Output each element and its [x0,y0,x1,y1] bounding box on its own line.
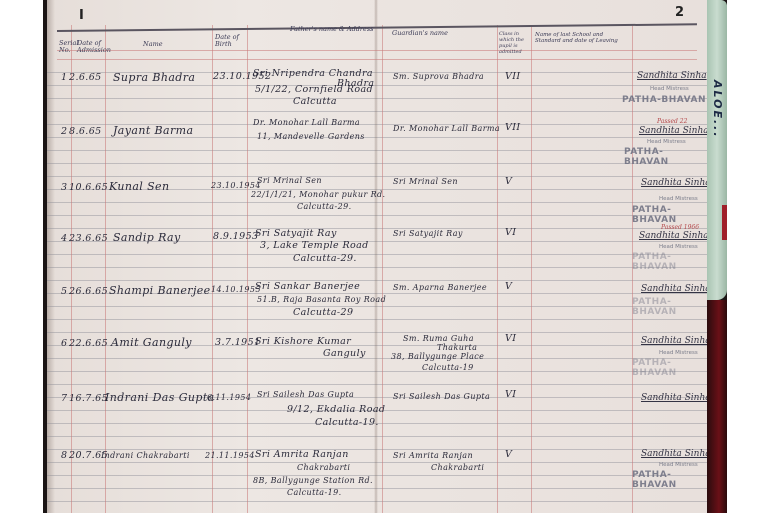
date-of-birth: 14.10.1955 [211,285,261,294]
serial-no: 5 [61,286,67,297]
serial-no: 4 [61,233,67,244]
headmistress-signature: Sandhita Sinha [641,336,707,346]
father-line: Dr. Monohar Lall Barma [253,118,360,127]
admission-date: 22.6.65 [69,338,108,349]
column-divider [247,25,248,513]
class-admitted: VII [505,71,521,82]
school-stamp: PATHA-BHAVAN [632,358,707,378]
father-line: Sri Sankar Banerjee [255,281,360,292]
headmistress-signature: Sandhita Sinha [639,231,707,241]
school-stamp: PATHA-BHAVAN [632,297,707,317]
father-line: Calcutta-19. [287,488,342,497]
guardian-name: Sri Sailesh Das Gupta [393,392,490,401]
guardian-name: Sri Satyajit Ray [393,229,463,238]
stamp-title: Head Mistress [659,196,698,202]
open-register-book: I 2 Serial No. Date of Admission Name Da… [47,0,707,513]
header-fathers-name-address: Father's name & Address [290,26,374,33]
school-stamp: PATHA-BHAVAN [632,252,707,272]
class-admitted: V [505,281,512,292]
serial-no: 6 [61,338,67,349]
guardian-line: Sm. Ruma Guha [403,334,474,343]
red-object [707,300,727,513]
right-page-number: 2 [675,5,684,20]
father-line: Calcutta-29 [293,307,353,318]
father-line: 11, Mandevelle Gardens [257,132,365,141]
father-line: Calcutta-29. [293,253,357,264]
column-divider [71,25,72,513]
father-line: Sri Satyajit Ray [255,228,337,239]
date-of-birth: 23.10.1954 [211,181,261,190]
guardian-line: Calcutta-19 [422,363,474,372]
headmistress-signature: Sandhita Sinha [641,178,707,188]
guardian-line: 38, Ballygunge Place [391,352,484,361]
stamp-title: Head Mistress [650,86,689,92]
serial-no: 8 [61,450,67,461]
father-line: 9/12, Ekdalia Road [287,404,385,415]
school-stamp: PATHA-BHAVAN [624,147,707,167]
class-admitted: VII [505,122,521,133]
header-name: Name [143,41,163,48]
ledger-photo: I 2 Serial No. Date of Admission Name Da… [43,0,727,513]
father-line: Chakrabarti [297,463,350,472]
admission-date: 2.6.65 [69,72,102,83]
headmistress-signature: Sandhita Sinha [641,284,707,294]
guardian-name: Sm. Suprova Bhadra [393,72,484,81]
father-line: Calcutta [293,96,337,107]
headmistress-signature: Sandhita Sinha [637,71,707,81]
serial-no: 3 [61,182,67,193]
serial-no: 2 [61,126,67,137]
father-line: Sri Sailesh Das Gupta [257,390,354,399]
father-line: Calcutta-29. [297,202,352,211]
stamp-title: Head Mistress [659,244,698,250]
left-page-number: I [79,8,84,23]
header-class-admitted: Class in which the pupil is admitted [499,31,529,55]
guardian-name: Dr. Monohar Lall Barma [393,124,500,133]
book-spine-fold [374,0,378,513]
father-line: Sri Amrita Ranjan [255,449,349,460]
column-divider [105,25,106,513]
header-date-of-birth: Date of Birth [215,34,245,48]
father-line: 3, Lake Temple Road [260,240,369,251]
class-admitted: V [505,449,512,460]
header-serial-no: Serial No. [59,40,79,54]
column-divider [382,25,383,513]
father-line: 5/1/22, Cornfield Road [255,84,373,95]
class-admitted: VI [505,227,516,238]
admission-date: 8.6.65 [69,126,102,137]
date-of-birth: 8.9.1953 [213,231,259,242]
father-line: Sri Kishore Kumar [255,336,351,347]
class-admitted: VI [505,333,516,344]
column-divider [497,25,498,513]
father-line: 22/1/1/21, Monohar pukur Rd. [251,190,386,199]
father-line: Calcutta-19. [315,417,379,428]
header-bottom-rule [57,59,697,60]
guardian-line: Chakrabarti [431,463,484,472]
student-name: Supra Bhadra [113,71,195,84]
father-line: Ganguly [323,348,366,359]
student-name: Kunal Sen [109,180,169,193]
headmistress-signature: Sandhita Sinha [641,393,707,403]
admission-date: 10.6.65 [69,182,108,193]
remark-note: Passed 22 [657,118,687,125]
admission-date: 23.6.65 [69,233,108,244]
student-name: Indrani Chakrabarti [101,451,190,460]
header-bottom-rule [57,50,697,51]
student-name: Indrani Das Gupta [105,391,215,404]
column-divider [212,25,213,513]
date-of-birth: 21.11.1954 [205,451,255,460]
guardian-name: Sm. Aparna Banerjee [393,283,487,292]
school-stamp: PATHA-BHAVAN [632,470,707,490]
father-line: 51.B, Raja Basanta Roy Road [257,295,386,304]
stamp-title: Head Mistress [659,462,698,468]
admission-date: 26.6.65 [69,286,108,297]
column-divider [531,25,532,513]
date-of-birth: 3.7.1951 [215,337,261,348]
header-date-of-admission: Date of Admission [77,40,105,54]
stamp-title: Head Mistress [647,139,686,145]
school-stamp: PATHA-BHAVAN [622,95,706,105]
guardian-line: Thakurta [437,343,477,352]
headmistress-signature: Sandhita Sinha [639,126,707,136]
guardian-name: Sri Mrinal Sen [393,177,458,186]
admission-date: 16.7.65 [69,393,108,404]
bottle-red-band [722,205,727,240]
serial-no: 7 [61,393,67,404]
father-line: 8B, Ballygunge Station Rd. [253,476,373,485]
remark-note: Passed 1966 [661,224,699,231]
student-name: Sandip Ray [113,231,181,244]
class-admitted: VI [505,389,516,400]
school-stamp: PATHA-BHAVAN [632,205,707,225]
guardian-line: Sri Amrita Ranjan [393,451,473,460]
headmistress-signature: Sandhita Sinha [641,449,707,459]
date-of-birth: 6.11.1954 [207,393,251,402]
student-name: Jayant Barma [113,124,193,137]
class-admitted: V [505,176,512,187]
student-name: Shampi Banerjee [109,284,211,297]
stamp-title: Head Mistress [659,350,698,356]
serial-no: 1 [61,72,67,83]
header-last-school: Name of last School and Standard and dat… [535,32,630,44]
header-guardians-name: Guardian's name [392,30,448,37]
father-line: Sri Mrinal Sen [257,176,322,185]
bottle-label: ALOE... [712,80,724,190]
student-name: Amit Ganguly [111,336,192,349]
